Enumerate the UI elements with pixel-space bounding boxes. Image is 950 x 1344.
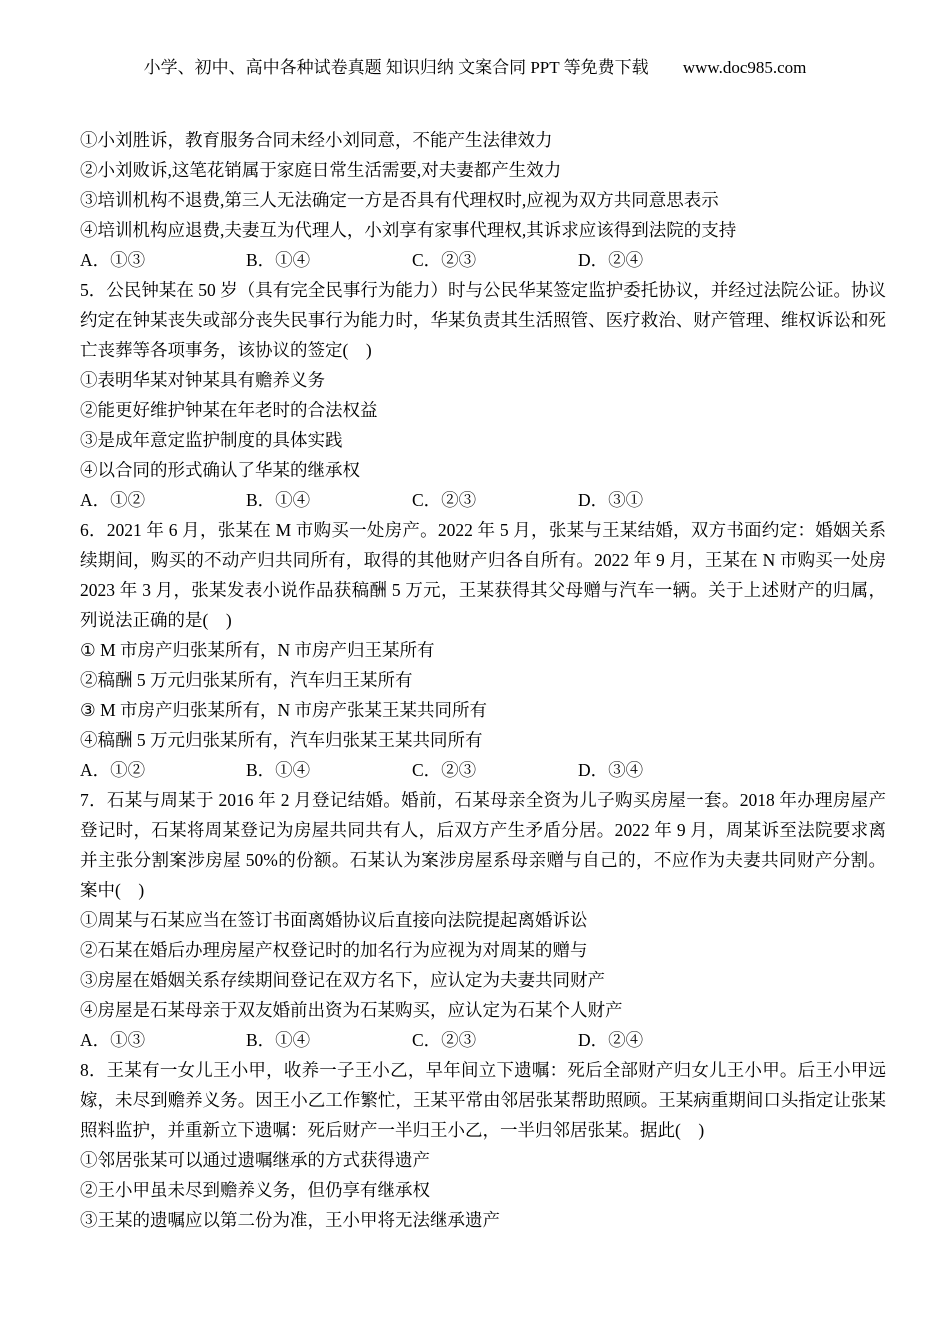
text-line: ④稿酬 5 万元归张某所有，汽车归张某王某共同所有 — [80, 725, 886, 755]
option-c: C．②③ — [412, 245, 578, 275]
text-line: 亡丧葬等各项事务，该协议的签定( ) — [80, 335, 886, 365]
option-c: C．②③ — [412, 1025, 578, 1055]
text-line: ④房屋是石某母亲于双友婚前出资为石某购买，应认定为石某个人财产 — [80, 995, 886, 1025]
text-line: ① M 市房产归张某所有，N 市房产归王某所有 — [80, 635, 886, 665]
text-line: ②王小甲虽未尽到赡养义务，但仍享有继承权 — [80, 1175, 886, 1205]
text-line: 约定在钟某丧失或部分丧失民事行为能力时，华某负责其生活照管、医疗救治、财产管理、… — [80, 305, 886, 335]
document-body: ①小刘胜诉，教育服务合同未经小刘同意，不能产生法律效力②小刘败诉,这笔花销属于家… — [80, 125, 886, 1235]
option-d: D．②④ — [578, 1025, 744, 1055]
text-line: ①小刘胜诉，教育服务合同未经小刘同意，不能产生法律效力 — [80, 125, 886, 155]
option-c: C．②③ — [412, 485, 578, 515]
text-line: ③是成年意定监护制度的具体实践 — [80, 425, 886, 455]
answer-options-row: A．①②B．①④C．②③D．③④ — [80, 755, 886, 785]
option-a: A．①③ — [80, 245, 246, 275]
text-line: 8．王某有一女儿王小甲，收养一子王小乙，早年间立下遗嘱：死后全部财产归女儿王小甲… — [80, 1055, 886, 1085]
text-line: 7．石某与周某于 2016 年 2 月登记结婚。婚前，石某母亲全资为儿子购买房屋… — [80, 785, 886, 815]
text-line: ②能更好维护钟某在年老时的合法权益 — [80, 395, 886, 425]
text-line: ①邻居张某可以通过遗嘱继承的方式获得遗产 — [80, 1145, 886, 1175]
header-site-url: www.doc985.com — [683, 58, 807, 77]
text-line: ①表明华某对钟某具有赡养义务 — [80, 365, 886, 395]
text-line: 案中( ) — [80, 875, 886, 905]
text-line: 登记时，石某将周某登记为房屋共同共有人，后双方产生矛盾分居。2022 年 9 月… — [80, 815, 886, 845]
text-line: 续期间，购买的不动产归共同所有，取得的其他财产归各自所有。2022 年 9 月，… — [80, 545, 886, 575]
text-line: 5．公民钟某在 50 岁（具有完全民事行为能力）时与公民华某签定监护委托协议，并… — [80, 275, 886, 305]
exam-document-page: 小学、初中、高中各种试卷真题 知识归纳 文案合同 PPT 等免费下载 www.d… — [0, 0, 950, 1344]
page-header: 小学、初中、高中各种试卷真题 知识归纳 文案合同 PPT 等免费下载 www.d… — [0, 53, 950, 78]
text-line: 照料监护，并重新立下遗嘱：死后财产一半归王小乙，一半归邻居张某。据此( ) — [80, 1115, 886, 1145]
text-line: 嫁，未尽到赡养义务。因王小乙工作繁忙，王某平常由邻居张某帮助照顾。王某病重期间口… — [80, 1085, 886, 1115]
text-line: 并主张分割案涉房屋 50%的份额。石某认为案涉房屋系母亲赠与自己的，不应作为夫妻… — [80, 845, 886, 875]
option-d: D．③① — [578, 485, 744, 515]
text-line: ③培训机构不退费,第三人无法确定一方是否具有代理权时,应视为双方共同意思表示 — [80, 185, 886, 215]
text-line: ②稿酬 5 万元归张某所有，汽车归王某所有 — [80, 665, 886, 695]
text-line: ④以合同的形式确认了华某的继承权 — [80, 455, 886, 485]
option-d: D．②④ — [578, 245, 744, 275]
text-line: ④培训机构应退费,夫妻互为代理人，小刘享有家事代理权,其诉求应该得到法院的支持 — [80, 215, 886, 245]
answer-options-row: A．①③B．①④C．②③D．②④ — [80, 1025, 886, 1055]
text-line: ②小刘败诉,这笔花销属于家庭日常生活需要,对夫妻都产生效力 — [80, 155, 886, 185]
text-line: ③房屋在婚姻关系存续期间登记在双方名下，应认定为夫妻共同财产 — [80, 965, 886, 995]
option-a: A．①③ — [80, 1025, 246, 1055]
text-line: 6．2021 年 6 月，张某在 M 市购买一处房产。2022 年 5 月，张某… — [80, 515, 886, 545]
option-b: B．①④ — [246, 1025, 412, 1055]
answer-options-row: A．①③B．①④C．②③D．②④ — [80, 245, 886, 275]
option-a: A．①② — [80, 485, 246, 515]
option-b: B．①④ — [246, 485, 412, 515]
answer-options-row: A．①②B．①④C．②③D．③① — [80, 485, 886, 515]
option-c: C．②③ — [412, 755, 578, 785]
option-b: B．①④ — [246, 755, 412, 785]
text-line: 2023 年 3 月，张某发表小说作品获稿酬 5 万元，王某获得其父母赠与汽车一… — [80, 575, 886, 605]
option-a: A．①② — [80, 755, 246, 785]
text-line: ③王某的遗嘱应以第二份为准，王小甲将无法继承遗产 — [80, 1205, 886, 1235]
text-line: ③ M 市房产归张某所有，N 市房产张某王某共同所有 — [80, 695, 886, 725]
text-line: ①周某与石某应当在签订书面离婚协议后直接向法院提起离婚诉讼 — [80, 905, 886, 935]
option-d: D．③④ — [578, 755, 744, 785]
header-site-note: 小学、初中、高中各种试卷真题 知识归纳 文案合同 PPT 等免费下载 — [144, 58, 649, 77]
option-b: B．①④ — [246, 245, 412, 275]
text-line: ②石某在婚后办理房屋产权登记时的加名行为应视为对周某的赠与 — [80, 935, 886, 965]
text-line: 列说法正确的是( ) — [80, 605, 886, 635]
